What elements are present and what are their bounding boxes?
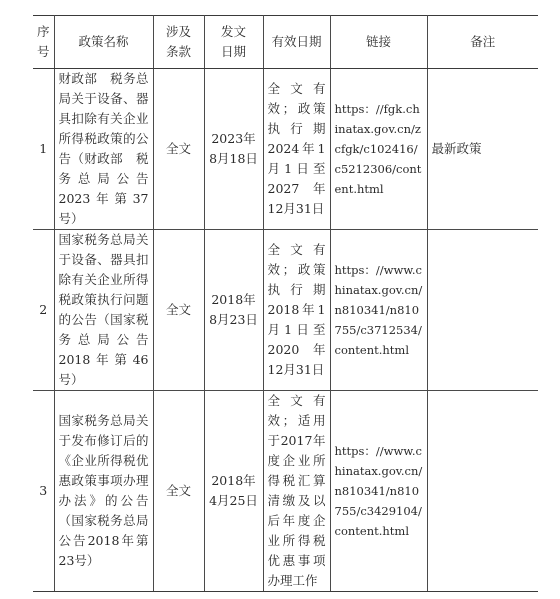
cell-valid-date: 全文有效；政策执行期2018年1月1日至2020年12月31日 bbox=[263, 230, 330, 391]
cell-link[interactable]: https：//www.chinatax.gov.cn/n810341/n810… bbox=[330, 230, 427, 391]
header-link: 链接 bbox=[330, 16, 427, 69]
cell-link[interactable]: https：//www.chinatax.gov.cn/n810341/n810… bbox=[330, 391, 427, 592]
cell-policy-name: 国家税务总局关于发布修订后的《企业所得税优惠政策事项办理办法》的公告（国家税务总… bbox=[54, 391, 153, 592]
cell-policy-name: 财政部 税务总局关于设备、器具扣除有关企业所得税政策的公告（财政部 税务总局公告… bbox=[54, 69, 153, 230]
cell-link[interactable]: https：//fgk.chinatax.gov.cn/zcfgk/c10241… bbox=[330, 69, 427, 230]
table-row: 2 国家税务总局关于设备、器具扣除有关企业所得税政策执行问题的公告（国家税务总局… bbox=[33, 230, 538, 391]
cell-scope: 全文 bbox=[153, 69, 204, 230]
header-no: 序号 bbox=[33, 16, 54, 69]
cell-note bbox=[427, 230, 538, 391]
header-note: 备注 bbox=[427, 16, 538, 69]
cell-note: 最新政策 bbox=[427, 69, 538, 230]
header-scope: 涉及条款 bbox=[153, 16, 204, 69]
cell-no: 2 bbox=[33, 230, 54, 391]
table-row: 3 国家税务总局关于发布修订后的《企业所得税优惠政策事项办理办法》的公告（国家税… bbox=[33, 391, 538, 592]
cell-issue-date: 2023年8月18日 bbox=[204, 69, 263, 230]
header-name: 政策名称 bbox=[54, 16, 153, 69]
cell-scope: 全文 bbox=[153, 391, 204, 592]
cell-policy-name: 国家税务总局关于设备、器具扣除有关企业所得税政策执行问题的公告（国家税务总局公告… bbox=[54, 230, 153, 391]
header-valid-date: 有效日期 bbox=[263, 16, 330, 69]
header-issue-date: 发文日期 bbox=[204, 16, 263, 69]
cell-issue-date: 2018年8月23日 bbox=[204, 230, 263, 391]
table-row: 1 财政部 税务总局关于设备、器具扣除有关企业所得税政策的公告（财政部 税务总局… bbox=[33, 69, 538, 230]
cell-scope: 全文 bbox=[153, 230, 204, 391]
cell-no: 1 bbox=[33, 69, 54, 230]
cell-valid-date: 全文有效；政策执行期2024年1月1日至2027年12月31日 bbox=[263, 69, 330, 230]
cell-issue-date: 2018年4月25日 bbox=[204, 391, 263, 592]
policy-table: 序号 政策名称 涉及条款 发文日期 有效日期 链接 备注 1 财政部 税务总局关… bbox=[33, 15, 538, 592]
table-header-row: 序号 政策名称 涉及条款 发文日期 有效日期 链接 备注 bbox=[33, 16, 538, 69]
cell-note bbox=[427, 391, 538, 592]
cell-no: 3 bbox=[33, 391, 54, 592]
cell-valid-date: 全文有效；适用于2017年度企业所得税汇算清缴及以后年度企业所得税优惠事项办理工… bbox=[263, 391, 330, 592]
